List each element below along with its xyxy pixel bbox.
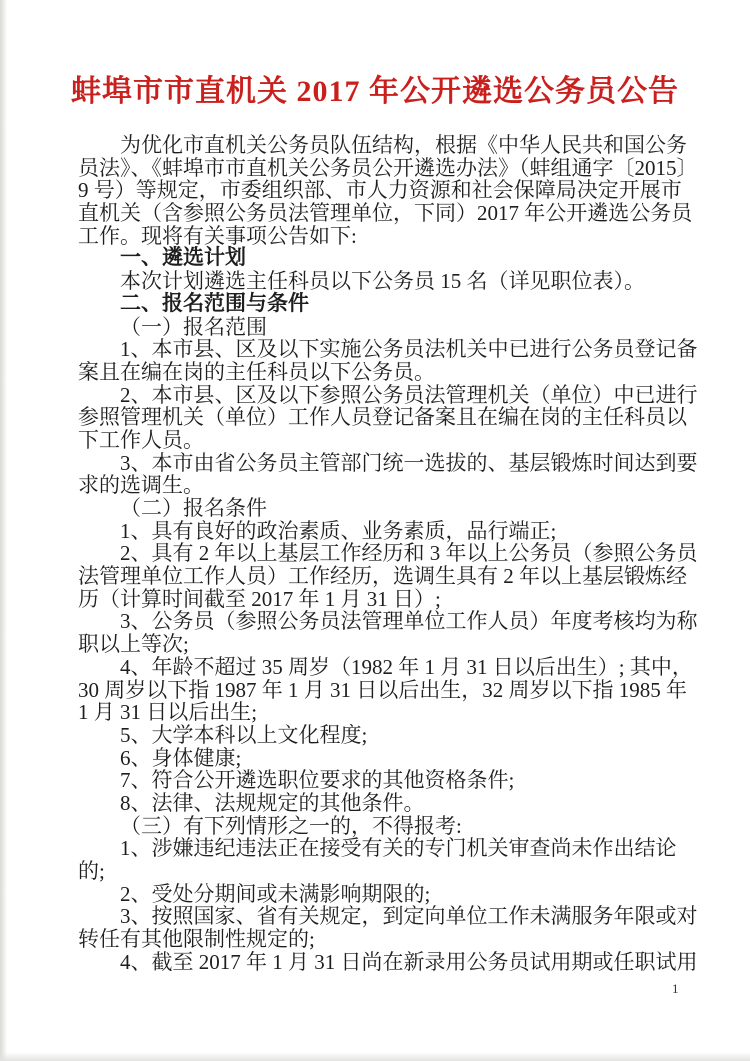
page-number: 1: [672, 981, 679, 997]
text-line: 案且在编在岗的主任科员以下公务员。: [78, 361, 674, 384]
text-line: 6、身体健康;: [78, 747, 674, 770]
text-line: 30 周岁以下指 1987 年 1 月 31 日以后出生，32 周岁以下指 19…: [78, 679, 674, 702]
text-line: 为优化市直机关公务员队伍结构，根据《中华人民共和国公务: [78, 134, 674, 157]
text-line: 一、遴选计划: [78, 247, 674, 270]
text-line: 参照管理机关（单位）工作人员登记备案且在编在岗的主任科员以: [78, 406, 674, 429]
text-line: 历（计算时间截至 2017 年 1 月 31 日）;: [78, 588, 674, 611]
text-line: 2、受处分期间或未满影响期限的;: [78, 883, 674, 906]
text-line: 的;: [78, 860, 674, 883]
text-line: 直机关（含参照公务员法管理单位，下同）2017 年公开遴选公务员: [78, 202, 674, 225]
text-line: 2、本市县、区及以下参照公务员法管理机关（单位）中已进行: [78, 384, 674, 407]
text-line: 9 号）等规定，市委组织部、市人力资源和社会保障局决定开展市: [78, 179, 674, 202]
document-title: 蚌埠市市直机关 2017 年公开遴选公务员公告: [0, 0, 750, 112]
text-line: 本次计划遴选主任科员以下公务员 15 名（详见职位表）。: [78, 270, 674, 293]
text-line: 求的选调生。: [78, 474, 674, 497]
text-line: 1、涉嫌违纪违法正在接受有关的专门机关审查尚未作出结论: [78, 837, 674, 860]
text-line: 4、年龄不超过 35 周岁（1982 年 1 月 31 日以后出生）; 其中，: [78, 656, 674, 679]
text-line: （二）报名条件: [78, 497, 674, 520]
text-line: 员法》、《蚌埠市市直机关公务员公开遴选办法》（蚌组通字〔2015〕: [78, 157, 674, 180]
document-body: 为优化市直机关公务员队伍结构，根据《中华人民共和国公务员法》、《蚌埠市市直机关公…: [78, 134, 674, 973]
text-line: 7、符合公开遴选职位要求的其他资格条件;: [78, 769, 674, 792]
text-line: 5、大学本科以上文化程度;: [78, 724, 674, 747]
text-line: 8、法律、法规规定的其他条件。: [78, 792, 674, 815]
text-line: 1、本市县、区及以下实施公务员法机关中已进行公务员登记备: [78, 338, 674, 361]
text-line: （一）报名范围: [78, 316, 674, 339]
text-line: 4、截至 2017 年 1 月 31 日尚在新录用公务员试用期或任职试用: [78, 951, 674, 974]
text-line: （三）有下列情形之一的，不得报考:: [78, 815, 674, 838]
text-line: 二、报名范围与条件: [78, 293, 674, 316]
text-line: 1 月 31 日以后出生;: [78, 701, 674, 724]
text-line: 3、按照国家、省有关规定，到定向单位工作未满服务年限或对: [78, 905, 674, 928]
text-line: 3、本市由省公务员主管部门统一选拔的、基层锻炼时间达到要: [78, 452, 674, 475]
text-line: 职以上等次;: [78, 633, 674, 656]
scan-edge-left: [0, 0, 7, 1061]
text-line: 3、公务员（参照公务员法管理单位工作人员）年度考核均为称: [78, 610, 674, 633]
text-line: 下工作人员。: [78, 429, 674, 452]
text-line: 2、具有 2 年以上基层工作经历和 3 年以上公务员（参照公务员: [78, 542, 674, 565]
document-page: 蚌埠市市直机关 2017 年公开遴选公务员公告 为优化市直机关公务员队伍结构，根…: [0, 0, 750, 1061]
text-line: 1、具有良好的政治素质、业务素质，品行端正;: [78, 520, 674, 543]
text-line: 法管理单位工作人员）工作经历，选调生具有 2 年以上基层锻炼经: [78, 565, 674, 588]
text-line: 工作。现将有关事项公告如下:: [78, 225, 674, 248]
scan-edge-bottom: [0, 1052, 750, 1061]
text-line: 转任有其他限制性规定的;: [78, 928, 674, 951]
